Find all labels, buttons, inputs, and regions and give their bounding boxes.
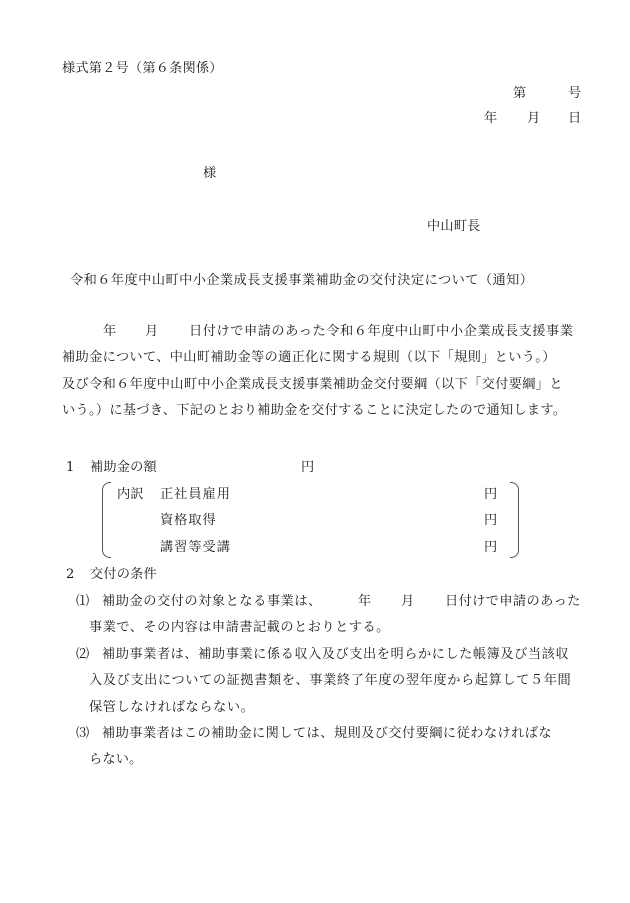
body-year: 年: [103, 324, 116, 340]
breakdown-item-label: 正社員雇用: [160, 487, 231, 503]
condition-1-marker: ⑴: [76, 594, 89, 610]
body-line-1: 日付けで申請のあった令和６年度中山町中小企業成長支援事業: [189, 324, 574, 340]
body-line-3: 及び令和６年度中山町中小企業成長支援事業補助金交付要綱（以下「交付要綱」と: [62, 377, 563, 393]
breakdown-item-label: 資格取得: [160, 513, 217, 529]
body-month: 月: [145, 324, 158, 340]
section-1-number: 1: [66, 460, 75, 476]
condition-3-marker: ⑶: [76, 726, 89, 742]
breakdown-item-unit: 円: [484, 540, 497, 556]
section-2-label: 交付の条件: [90, 567, 157, 583]
breakdown-label: 内訳: [117, 487, 144, 503]
condition-1-day-rest: 日付けで申請のあった: [445, 594, 581, 610]
date-year: 年: [484, 111, 497, 127]
condition-1-month: 月: [401, 594, 414, 610]
document-title: 令和６年度中山町中小企業成長支援事業補助金の交付決定について（通知）: [70, 273, 533, 289]
breakdown-item-unit: 円: [484, 513, 497, 529]
addressee-suffix: 様: [203, 166, 216, 182]
condition-2-marker: ⑵: [76, 647, 89, 663]
breakdown-item-label: 講習等受講: [160, 540, 231, 556]
section-1-label: 補助金の額: [90, 460, 157, 476]
body-line-2: 補助金について、中山町補助金等の適正化に関する規則（以下「規則」という。）: [62, 350, 556, 366]
section-1-unit: 円: [301, 460, 314, 476]
body-line-4: いう。）に基づき、下記のとおり補助金を交付することに決定したので通知します。: [62, 403, 566, 419]
condition-3-line: らない。: [89, 752, 143, 768]
reference-number-prefix: 第: [513, 86, 526, 102]
condition-2-line: 保管しなければならない。: [89, 700, 254, 716]
form-label: 様式第２号（第６条関係）: [62, 61, 223, 77]
issuer: 中山町長: [427, 219, 481, 235]
date-day: 日: [568, 111, 581, 127]
condition-2-line: 補助事業者は、補助事業に係る収入及び支出を明らかにした帳簿及び当該収: [102, 647, 569, 663]
condition-1-year: 年: [358, 594, 371, 610]
condition-3-line: 補助事業者はこの補助金に関しては、規則及び交付要綱に従わなければな: [102, 726, 552, 742]
reference-number-suffix: 号: [568, 86, 581, 102]
breakdown-bracket-right: [510, 482, 519, 558]
breakdown-bracket-left: [102, 482, 111, 558]
condition-1-line: 補助金の交付の対象となる事業は、: [102, 594, 322, 610]
condition-1-line: 事業で、その内容は申請書記載のとおりとする。: [89, 620, 390, 636]
breakdown-item-unit: 円: [484, 487, 497, 503]
condition-2-line: 入及び支出についての証拠書類を、事業終了年度の翌年度から起算して５年間: [89, 673, 571, 689]
date-month: 月: [527, 111, 540, 127]
section-2-number: 2: [66, 567, 75, 583]
